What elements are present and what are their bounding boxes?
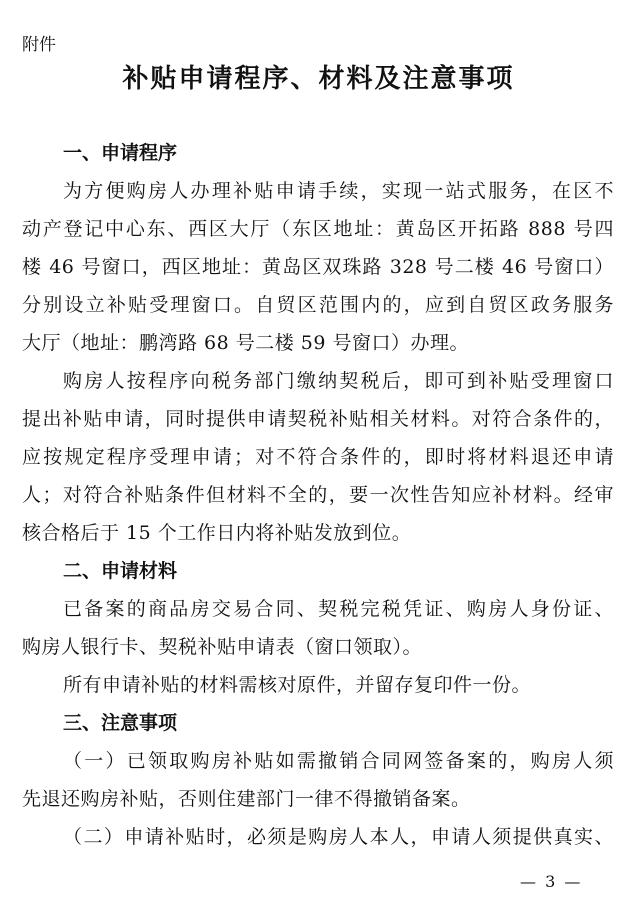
paragraph-line: 动产登记中心东、西区大厅（东区地址：黄岛区开拓路 888 号四 — [22, 214, 614, 252]
paragraph-line: 为方便购房人办理补贴申请手续，实现一站式服务，在区不 — [22, 176, 614, 214]
paragraph-line: 提出补贴申请，同时提供申请契税补贴相关材料。对符合条件的， — [22, 404, 614, 442]
section-heading-notes: 三、注意事项 — [22, 708, 614, 746]
paragraph-line: 核合格后于 15 个工作日内将补贴发放到位。 — [22, 518, 614, 556]
paragraph-line: （一）已领取购房补贴如需撤销合同网签备案的，购房人须 — [22, 746, 614, 784]
paragraph-line: 购房人银行卡、契税补贴申请表（窗口领取）。 — [22, 632, 614, 670]
paragraph-line: 人；对符合补贴条件但材料不全的，要一次性告知应补材料。经审 — [22, 480, 614, 518]
paragraph-line: （二）申请补贴时，必须是购房人本人，申请人须提供真实、 — [22, 822, 614, 860]
paragraph-line: 先退还购房补贴，否则住建部门一律不得撤销备案。 — [22, 784, 614, 822]
document-page: 附件 补贴申请程序、材料及注意事项 一、申请程序 为方便购房人办理补贴申请手续，… — [0, 0, 637, 913]
attachment-label: 附件 — [22, 30, 56, 55]
paragraph-line: 应按规定程序受理申请；对不符合条件的，即时将材料退还申请 — [22, 442, 614, 480]
section-heading-procedure: 一、申请程序 — [22, 138, 614, 176]
paragraph-line: 购房人按程序向税务部门缴纳契税后，即可到补贴受理窗口 — [22, 366, 614, 404]
paragraph-line: 分别设立补贴受理窗口。自贸区范围内的，应到自贸区政务服务 — [22, 290, 614, 328]
document-body: 一、申请程序 为方便购房人办理补贴申请手续，实现一站式服务，在区不 动产登记中心… — [22, 138, 614, 860]
document-title: 补贴申请程序、材料及注意事项 — [0, 58, 637, 95]
paragraph-line: 所有申请补贴的材料需核对原件，并留存复印件一份。 — [22, 670, 614, 708]
paragraph-line: 已备案的商品房交易合同、契税完税凭证、购房人身份证、 — [22, 594, 614, 632]
paragraph-line: 楼 46 号窗口，西区地址：黄岛区双珠路 328 号二楼 46 号窗口） — [22, 252, 614, 290]
section-heading-materials: 二、申请材料 — [22, 556, 614, 594]
page-number: — 3 — — [520, 872, 582, 891]
paragraph-line: 大厅（地址：鹏湾路 68 号二楼 59 号窗口）办理。 — [22, 328, 614, 366]
